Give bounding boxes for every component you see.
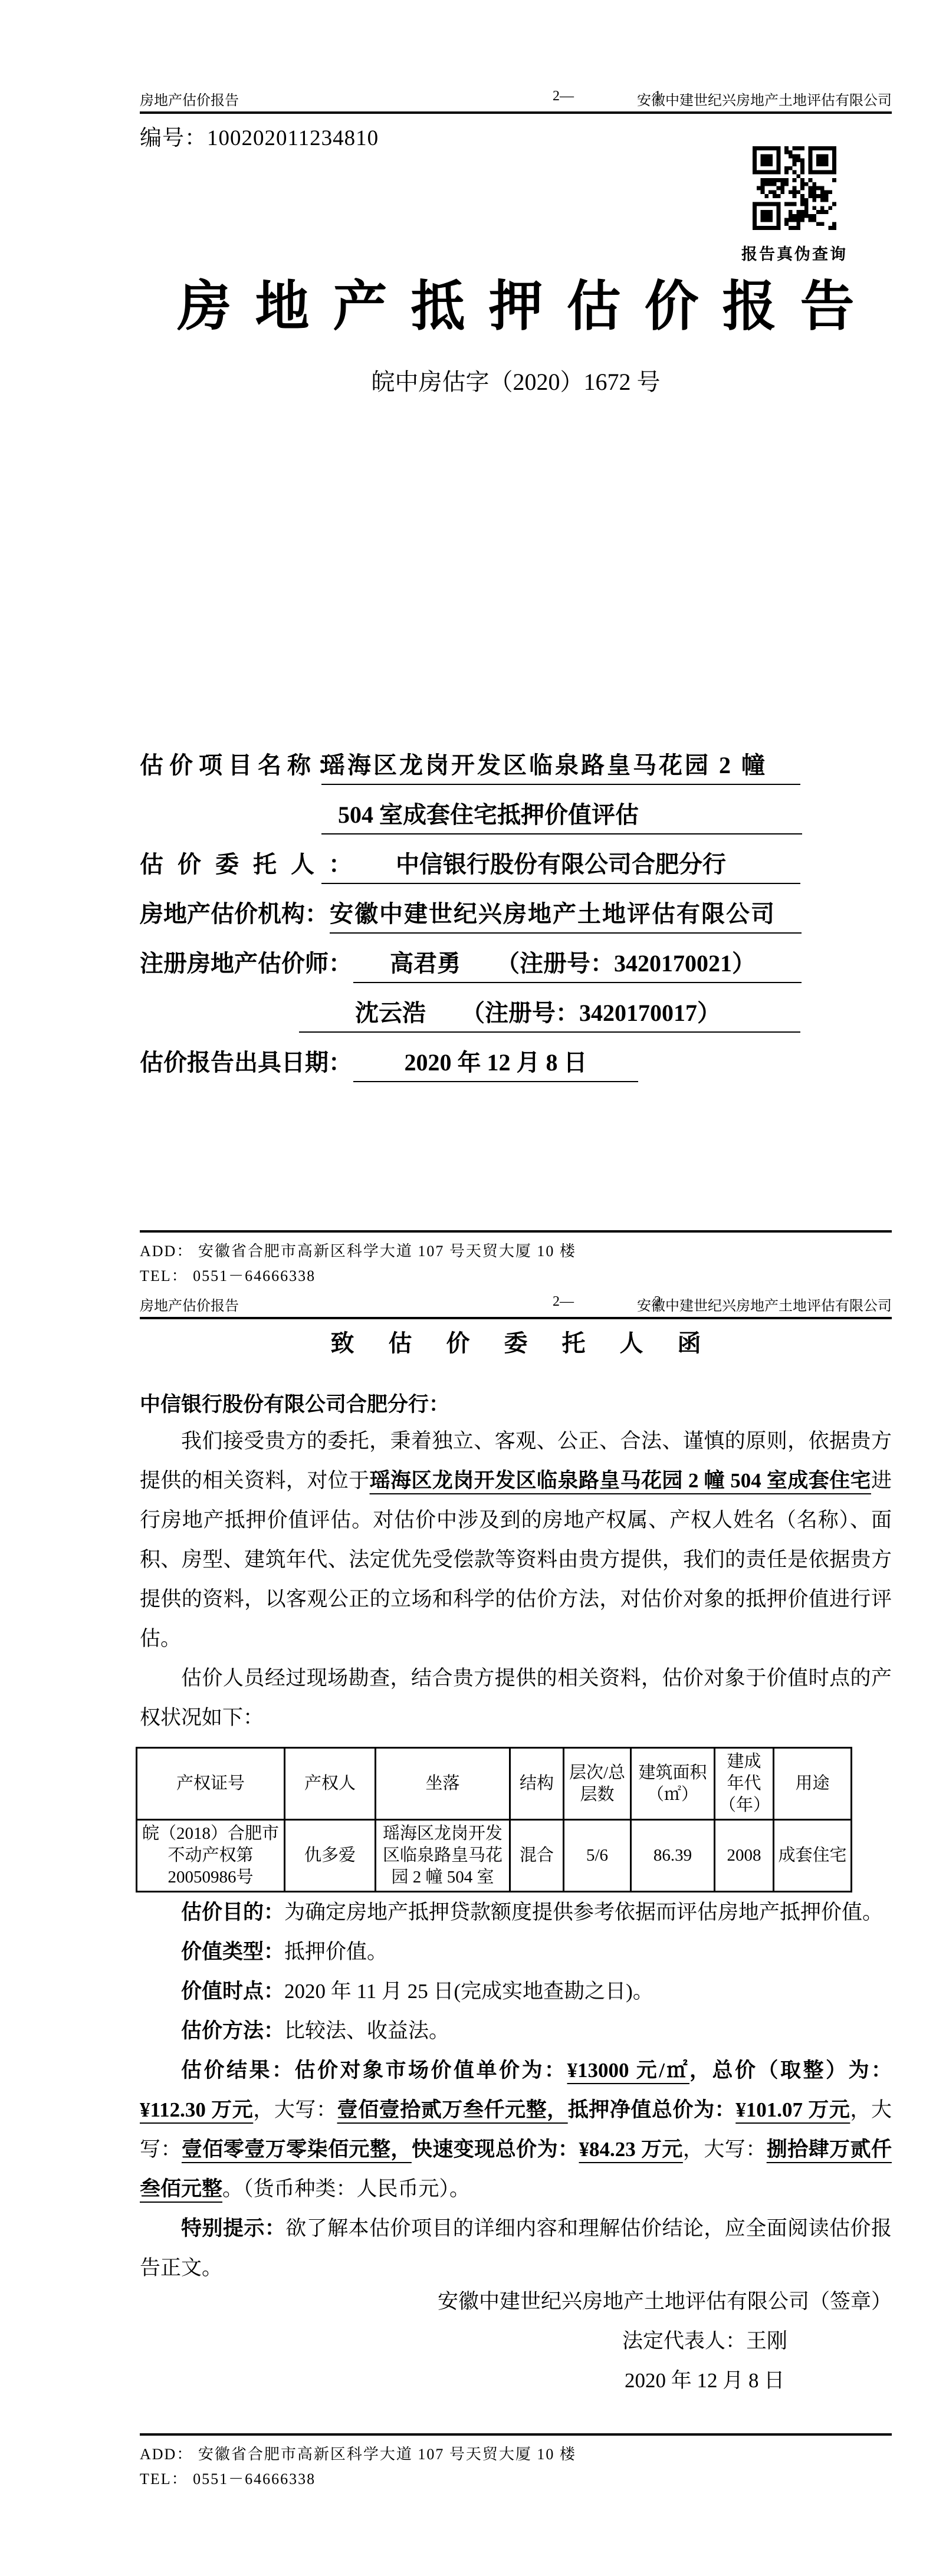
running-header-doc-title: 房地产估价报告 xyxy=(140,88,239,109)
field-label: 房地产估价机构： xyxy=(140,895,330,934)
letter-title: 致估价委托人函 xyxy=(140,1325,892,1358)
cell-structure: 混合 xyxy=(510,1820,564,1892)
cell-certificate-no: 皖（2018）合肥市不动产权第20050986号 xyxy=(137,1820,285,1892)
running-header-total-pages: 2— xyxy=(553,88,574,104)
field-label: 估价委托人： xyxy=(140,846,321,884)
page1-running-footer: ADD： 安徽省合肥市高新区科学大道 107 号天贸大厦 10 楼 TEL： 0… xyxy=(140,1230,892,1292)
section-label: 估价目的： xyxy=(181,1901,284,1924)
cell-year-built: 2008 xyxy=(715,1820,774,1892)
col-header-year-built: 建成年代（年） xyxy=(715,1748,774,1820)
signature-company: 安徽中建世纪兴房地产土地评估有限公司（签章） xyxy=(140,2282,892,2321)
section-label: 估价方法： xyxy=(181,2019,284,2042)
qr-code xyxy=(753,146,836,230)
field-appraiser-2: 沈云浩 （注册号：3420170017） xyxy=(140,994,901,1044)
cover-title: 房地产抵押估价报告 xyxy=(140,263,892,341)
net-value: ¥101.07 万元 xyxy=(735,2098,850,2121)
field-agency: 房地产估价机构：安徽中建世纪兴房地产土地评估有限公司 xyxy=(140,895,901,945)
paragraph-inspection: 估价人员经过现场勘查，结合贵方提供的相关资料，估价对象于价值时点的产权状况如下： xyxy=(140,1658,892,1737)
col-header-use: 用途 xyxy=(774,1748,852,1820)
qr-code-graphic xyxy=(753,146,836,230)
running-header-doc-title: 房地产估价报告 xyxy=(140,1294,239,1315)
col-header-owner: 产权人 xyxy=(285,1748,376,1820)
result-run: 估价对象市场价值单价为： xyxy=(295,2059,567,2082)
field-issue-date: 估价报告出具日期：2020 年 12 月 8 日 xyxy=(140,1044,901,1093)
section-text: 抵押价值。 xyxy=(284,1940,387,1963)
field-label: 注册房地产估价师： xyxy=(140,945,353,983)
section-label: 特别提示： xyxy=(181,2217,285,2240)
running-header-company: 安徽中建世纪兴房地产土地评估有限公司 xyxy=(637,1294,892,1315)
cell-area: 86.39 xyxy=(631,1820,715,1892)
field-value: 瑶海区龙岗开发区临泉路皇马花园 2 幢 xyxy=(321,747,800,785)
cell-owner: 仇多爱 xyxy=(285,1820,376,1892)
qr-caption: 报告真伪查询 xyxy=(738,241,850,264)
section-purpose: 估价目的：为确定房地产抵押贷款额度提供参考依据而评估房地产抵押价值。 xyxy=(140,1892,892,1932)
total-price-value: ¥112.30 万元 xyxy=(140,2098,253,2121)
result-run: 快速变现总价为： xyxy=(412,2138,579,2161)
page1-running-header: 房地产估价报告 2— 1 安徽中建世纪兴房地产土地评估有限公司 xyxy=(140,88,892,114)
field-project-name: 估价项目名称：瑶海区龙岗开发区临泉路皇马花园 2 幢 xyxy=(140,747,901,796)
footer-telephone: TEL： 0551－64666338 xyxy=(140,2470,892,2489)
text-run: 进行房地产抵押价值评估。对估价中涉及到的房地产权属、产权人姓名（名称）、面积、房… xyxy=(140,1469,892,1650)
cover-subtitle: 皖中房估字（2020）1672 号 xyxy=(140,363,892,397)
field-value: 504 室成套住宅抵押价值评估 xyxy=(321,796,802,834)
field-value: 安徽中建世纪兴房地产土地评估有限公司 xyxy=(330,895,802,934)
paragraph-engagement: 我们接受贵方的委托，秉着独立、客观、公正、合法、谨慎的原则，依据贵方提供的相关资… xyxy=(140,1421,892,1658)
quick-sale-value: ¥84.23 万元 xyxy=(579,2138,683,2161)
col-header-structure: 结构 xyxy=(510,1748,564,1820)
section-value-type: 价值类型：抵押价值。 xyxy=(140,1932,892,1972)
page2-running-footer: ADD： 安徽省合肥市高新区科学大道 107 号天贸大厦 10 楼 TEL： 0… xyxy=(140,2433,892,2495)
col-header-area: 建筑面积（㎡） xyxy=(631,1748,715,1820)
field-project-name-line2: 504 室成套住宅抵押价值评估 xyxy=(140,796,901,846)
section-methods: 估价方法：比较法、收益法。 xyxy=(140,2011,892,2051)
total-price-words: 壹佰壹拾贰万叁仟元整， xyxy=(337,2098,568,2121)
field-client: 估价委托人：中信银行股份有限公司合肥分行 xyxy=(140,846,901,895)
result-run: ，总价（取整）为： xyxy=(689,2059,892,2082)
footer-telephone: TEL： 0551－64666338 xyxy=(140,1267,892,1286)
cell-floor: 5/6 xyxy=(564,1820,631,1892)
field-label: 估价项目名称： xyxy=(140,747,321,785)
running-header-total-pages: 2— xyxy=(553,1294,574,1310)
cell-use: 成套住宅 xyxy=(774,1820,852,1892)
col-header-floor: 层次/总层数 xyxy=(564,1748,631,1820)
section-text: 比较法、收益法。 xyxy=(284,2019,449,2042)
result-run: 抵押净值总价为： xyxy=(568,2098,736,2121)
field-value: 沈云浩 （注册号：3420170017） xyxy=(299,994,800,1033)
result-run: 。（货币种类：人民币元）。 xyxy=(222,2177,470,2200)
section-label: 价值时点： xyxy=(181,1980,284,2003)
field-value: 2020 年 12 月 8 日 xyxy=(353,1044,638,1082)
col-header-certificate-no: 产权证号 xyxy=(137,1748,285,1820)
field-value: 高君勇 （注册号：3420170021） xyxy=(353,945,802,983)
page2-running-header: 房地产估价报告 2— 2 安徽中建世纪兴房地产土地评估有限公司 xyxy=(140,1294,892,1319)
field-appraiser-1: 注册房地产估价师：高君勇 （注册号：3420170021） xyxy=(140,945,901,994)
field-label: 估价报告出具日期： xyxy=(140,1044,353,1082)
section-result: 估价结果：估价对象市场价值单价为：¥13000 元/㎡，总价（取整）为：¥112… xyxy=(140,2051,892,2209)
field-value: 中信银行股份有限公司合肥分行 xyxy=(321,846,800,884)
section-value-date: 价值时点：2020 年 11 月 25 日(完成实地查勘之日)。 xyxy=(140,1972,892,2011)
signature-block: 安徽中建世纪兴房地产土地评估有限公司（签章） 法定代表人：王刚 2020 年 1… xyxy=(140,2282,892,2400)
section-text: 为确定房地产抵押贷款额度提供参考依据而评估房地产抵押价值。 xyxy=(284,1901,883,1924)
section-label: 价值类型： xyxy=(181,1940,284,1963)
footer-address: ADD： 安徽省合肥市高新区科学大道 107 号天贸大厦 10 楼 xyxy=(140,2445,892,2464)
col-header-location: 坐落 xyxy=(376,1748,510,1820)
footer-address: ADD： 安徽省合肥市高新区科学大道 107 号天贸大厦 10 楼 xyxy=(140,1242,892,1261)
cell-location: 瑶海区龙岗开发区临泉路皇马花园 2 幢 504 室 xyxy=(376,1820,510,1892)
appraisal-report-document: { "doc": { "header": { "left": "房地产估价报告"… xyxy=(0,0,936,2576)
result-run: ，大写： xyxy=(253,2098,337,2121)
table-row: 皖（2018）合肥市不动产权第20050986号 仇多爱 瑶海区龙岗开发区临泉路… xyxy=(137,1820,852,1892)
table-header-row: 产权证号 产权人 坐落 结构 层次/总层数 建筑面积（㎡） 建成年代（年） 用途 xyxy=(137,1748,852,1820)
section-label: 估价结果： xyxy=(181,2059,295,2082)
property-rights-table: 产权证号 产权人 坐落 结构 层次/总层数 建筑面积（㎡） 建成年代（年） 用途… xyxy=(136,1747,852,1892)
signature-date: 2020 年 12 月 8 日 xyxy=(140,2361,892,2400)
letter-addressee: 中信银行股份有限公司合肥分行： xyxy=(140,1388,449,1418)
subject-property-text: 瑶海区龙岗开发区临泉路皇马花园 2 幢 504 室成套住宅 xyxy=(370,1469,871,1492)
result-run: ，大写： xyxy=(683,2138,767,2161)
net-value-words: 壹佰零壹万零柒佰元整， xyxy=(182,2138,412,2161)
section-special-note: 特别提示：欲了解本估价项目的详细内容和理解估价结论，应全面阅读估价报告正文。 xyxy=(140,2209,892,2288)
unit-price-value: ¥13000 元/㎡ xyxy=(567,2059,689,2082)
cover-fields: 估价项目名称：瑶海区龙岗开发区临泉路皇马花园 2 幢 504 室成套住宅抵押价值… xyxy=(140,747,901,1093)
section-text: 2020 年 11 月 25 日(完成实地查勘之日)。 xyxy=(284,1980,653,2003)
report-number: 编号：100202011234810 xyxy=(140,120,379,152)
letter-body: 我们接受贵方的委托，秉着独立、客观、公正、合法、谨慎的原则，依据贵方提供的相关资… xyxy=(140,1421,892,2400)
signature-legal-representative: 法定代表人：王刚 xyxy=(140,2321,892,2361)
running-header-company: 安徽中建世纪兴房地产土地评估有限公司 xyxy=(637,88,892,109)
